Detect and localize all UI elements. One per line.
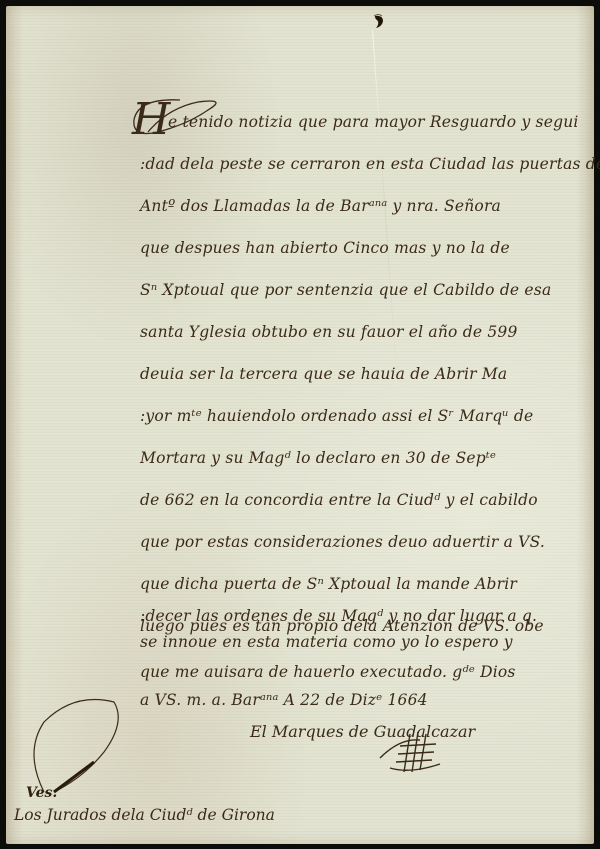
letter-line-8: :yor mᵗᵉ hauiendolo ordenado assi el Sʳ … [140, 404, 590, 428]
document-viewer: H e tenido notizia que para mayor Resgua… [0, 0, 600, 849]
letter-line-5: Sⁿ Xptoual que por sentenzia que el Cabi… [140, 278, 590, 302]
letter-line-2: :dad dela peste se cerraron en esta Ciud… [140, 152, 590, 176]
initial-letter: H [132, 98, 170, 142]
address-prefix: Ves. [26, 785, 57, 801]
letter-line-15: se innoue en esta materia como yo lo esp… [140, 630, 590, 654]
signature-rubric [370, 728, 450, 776]
letter-line-17: a VS. m. a. Barᵃⁿᵃ A 22 de Dizᵉ 1664 [140, 688, 590, 712]
letter-line-1: e tenido notizia que para mayor Resguard… [168, 110, 600, 134]
addressee: Los Jurados dela Ciudᵈ de Girona [14, 806, 275, 824]
letter-line-10: de 662 en la concordia entre la Ciudᵈ y … [140, 488, 590, 512]
letter-line-12: que dicha puerta de Sⁿ Xptoual la mande … [140, 572, 590, 596]
letter-line-16: que me auisara de hauerlo executado. gᵈᵉ… [140, 660, 590, 684]
letter-line-3: Antº dos Llamadas la de Barᵃⁿᵃ y nra. Se… [140, 194, 590, 218]
letter-line-4: que despues han abierto Cinco mas y no l… [140, 236, 590, 260]
letter-line-7: deuia ser la tercera que se hauia de Abr… [140, 362, 590, 386]
letter-line-9: Mortara y su Magᵈ lo declaro en 30 de Se… [140, 446, 590, 470]
letter-line-6: santa Yglesia obtubo en su fauor el año … [140, 320, 590, 344]
ink-blot-mark [372, 14, 386, 30]
letter-line-14: :decer las ordenes de su Magᵈ y no dar l… [140, 604, 590, 628]
letter-line-11: que por estas consideraziones deuo aduer… [140, 530, 590, 554]
